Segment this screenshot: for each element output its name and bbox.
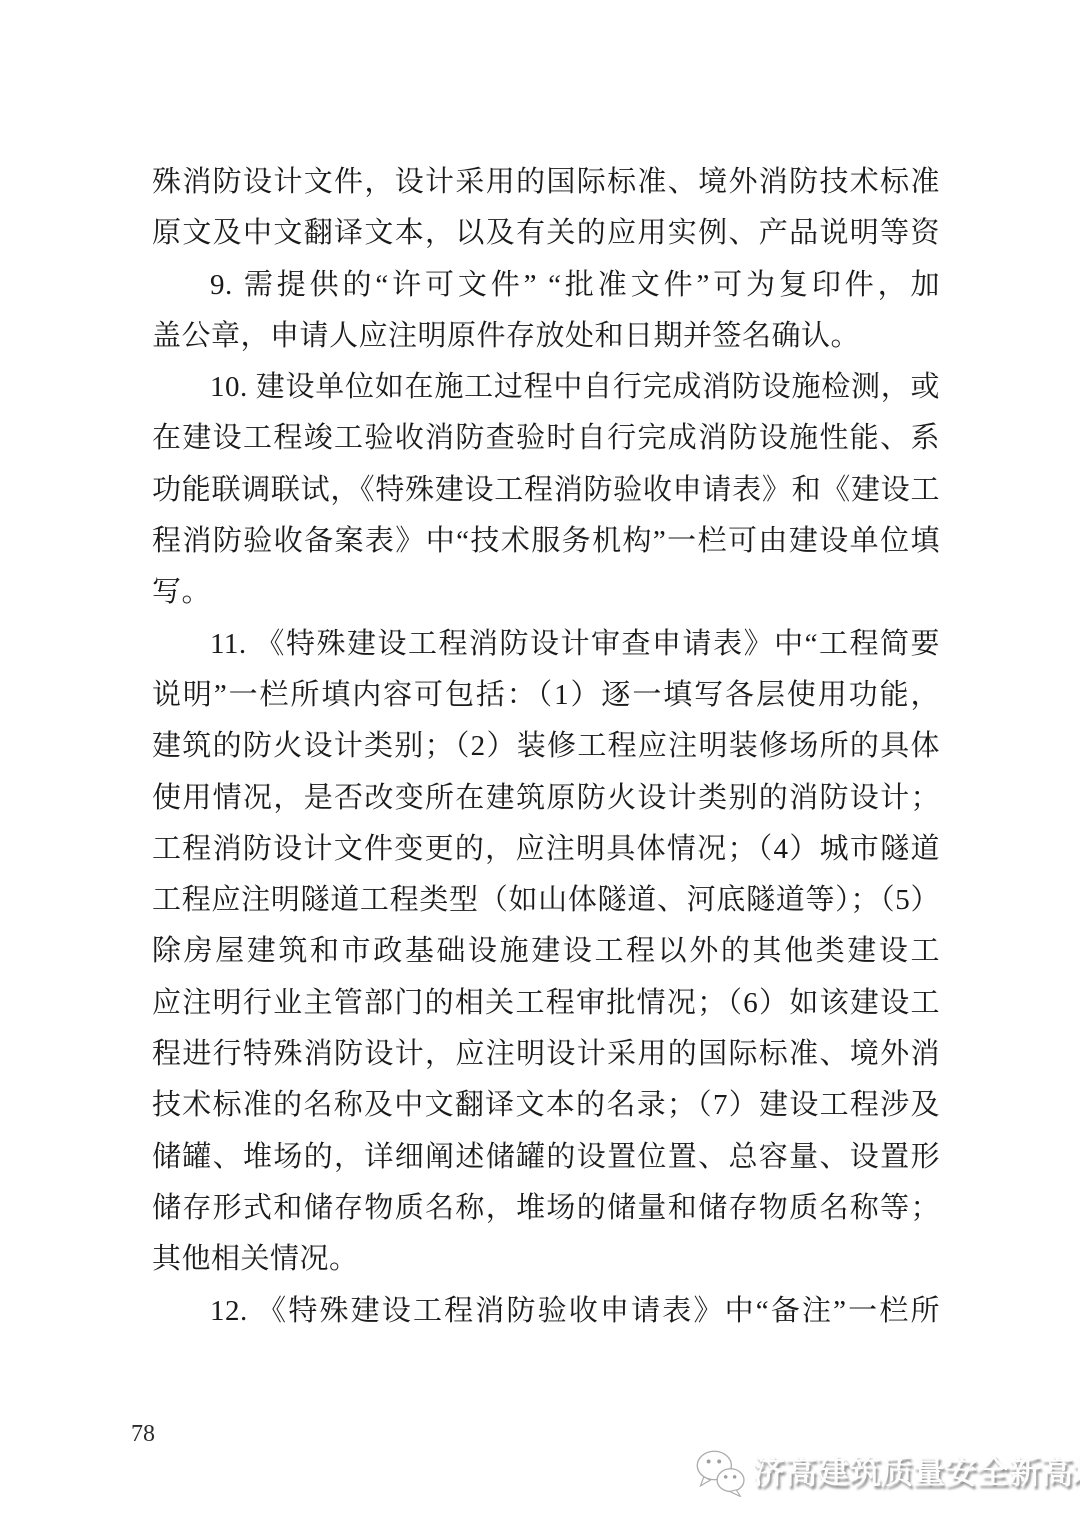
- body-line: 使用情况，是否改变所在建筑原防火设计类别的消防设计；（3）: [152, 773, 940, 824]
- body-line: 12. 《特殊建设工程消防验收申请表》中“备注”一栏所: [152, 1286, 940, 1337]
- page-number: 78: [131, 1420, 155, 1448]
- body-line: 9. 需提供的“许可文件” “批准文件”可为复印件，加: [152, 260, 940, 311]
- body-line: 写。: [152, 567, 940, 618]
- document-body: 殊消防设计文件，设计采用的国际标准、境外消防技术标准的原文及中文翻译文本，以及有…: [152, 157, 940, 1337]
- body-line: 除房屋建筑和市政基础设施建设工程以外的其他类建设工程，: [152, 926, 940, 977]
- body-line: 应注明行业主管部门的相关工程审批情况；（6）如该建设工: [152, 978, 940, 1029]
- body-line: 盖公章，申请人应注明原件存放处和日期并签名确认。: [152, 311, 940, 362]
- body-line: 10. 建设单位如在施工过程中自行完成消防设施检测，或: [152, 362, 940, 413]
- body-line: 程消防验收备案表》中“技术服务机构”一栏可由建设单位填: [152, 516, 940, 567]
- body-line: 储存形式和储存物质名称，堆场的储量和储存物质名称等；（8）: [152, 1183, 940, 1234]
- body-line: 殊消防设计文件，设计采用的国际标准、境外消防技术标准的: [152, 157, 940, 208]
- wechat-icon: [694, 1447, 746, 1497]
- body-line: 功能联调联试，《特殊建设工程消防验收申请表》和《建设工: [152, 465, 940, 516]
- body-line: 建筑的防火设计类别；（2）装修工程应注明装修场所的具体: [152, 721, 940, 772]
- wechat-watermark: 济高建筑质量安全新高地: [694, 1446, 1080, 1498]
- watermark-text: 济高建筑质量安全新高地: [753, 1446, 1080, 1498]
- body-line: 其他相关情况。: [152, 1234, 940, 1285]
- body-line: 储罐、堆场的，详细阐述储罐的设置位置、总容量、设置形式、: [152, 1132, 940, 1183]
- document-page: 殊消防设计文件，设计采用的国际标准、境外消防技术标准的原文及中文翻译文本，以及有…: [0, 0, 1080, 1527]
- body-line: 工程消防设计文件变更的，应注明具体情况；（4）城市隧道: [152, 824, 940, 875]
- body-line: 技术标准的名称及中文翻译文本的名录；（7）建设工程涉及: [152, 1080, 940, 1131]
- body-line: 原文及中文翻译文本，以及有关的应用实例、产品说明等资料。: [152, 208, 940, 259]
- body-line: 11. 《特殊建设工程消防设计审查申请表》中“工程简要: [152, 619, 940, 670]
- body-line: 在建设工程竣工验收消防查验时自行完成消防设施性能、系统: [152, 413, 940, 464]
- body-line: 程进行特殊消防设计，应注明设计采用的国际标准、境外消防: [152, 1029, 940, 1080]
- body-line: 说明”一栏所填内容可包括：（1）逐一填写各层使用功能，: [152, 670, 940, 721]
- body-line: 工程应注明隧道工程类型（如山体隧道、河底隧道等）；（5）: [152, 875, 940, 926]
